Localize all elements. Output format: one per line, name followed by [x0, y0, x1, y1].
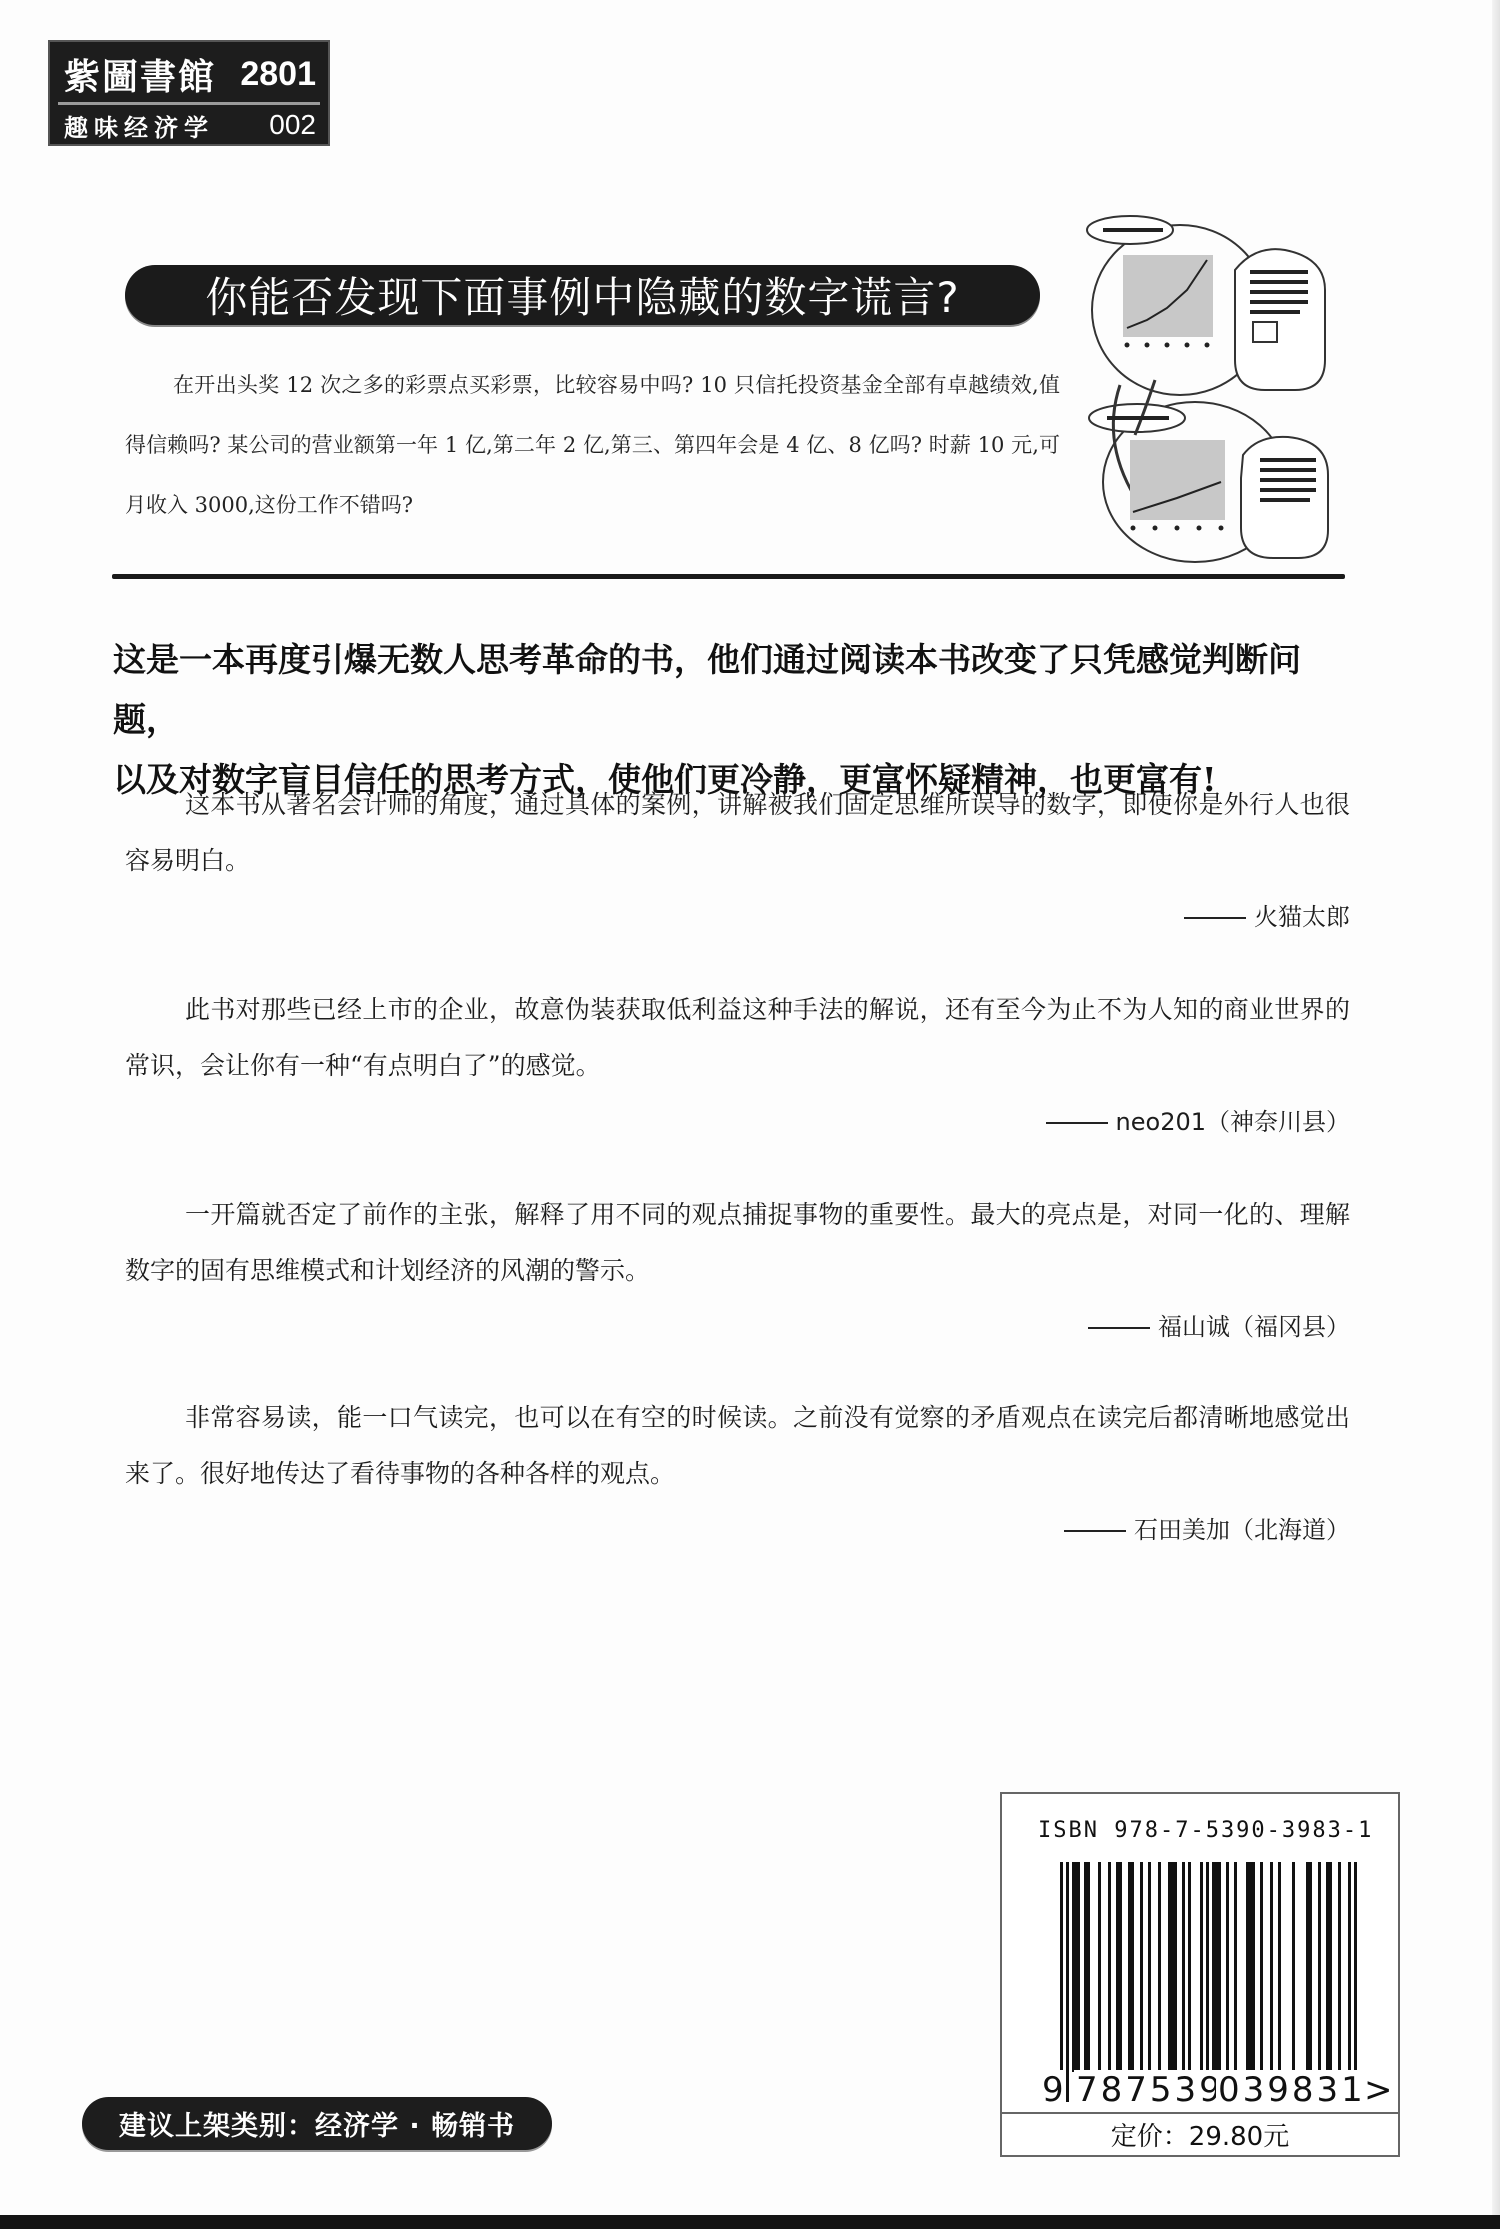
badge-divider [58, 102, 320, 105]
review-author: neo201（神奈川县） [1116, 1108, 1350, 1136]
ean-marker: > [1362, 2070, 1395, 2110]
review-attribution: neo201（神奈川县） [125, 1094, 1350, 1150]
review-author: 福山诚（福冈县） [1158, 1313, 1350, 1341]
review-2: 此书对那些已经上市的企业，故意伪装获取低利益这种手法的解说，还有至今为止不为人知… [125, 982, 1350, 1150]
review-3: 一开篇就否定了前作的主张，解释了用不同的观点捕捉事物的重要性。最大的亮点是，对同… [125, 1187, 1350, 1355]
dash-icon [1046, 1122, 1108, 1124]
subseries-name: 趣味经济学 [64, 108, 214, 143]
page-edge [1492, 0, 1500, 2215]
dash-icon [1064, 1530, 1126, 1532]
isbn-number: ISBN 978-7-5390-3983-1 [1038, 1818, 1373, 1843]
section-divider [112, 574, 1345, 579]
review-attribution: 福山诚（福冈县） [125, 1299, 1350, 1355]
series-name: 紫圖書館 [64, 49, 216, 100]
series-badge: 紫圖書館 2801 趣味经济学 002 [48, 40, 330, 146]
review-1: 这本书从著名会计师的角度，通过具体的案例，讲解被我们固定思维所误导的数字，即使你… [125, 777, 1350, 945]
dash-icon [1088, 1327, 1150, 1329]
review-text: 此书对那些已经上市的企业，故意伪装获取低利益这种手法的解说，还有至今为止不为人知… [125, 982, 1350, 1094]
review-4: 非常容易读，能一口气读完，也可以在有空的时候读。之前没有觉察的矛盾观点在读完后都… [125, 1390, 1350, 1558]
review-author: 石田美加（北海道） [1134, 1516, 1350, 1544]
comic-illustration [1085, 200, 1355, 565]
intro-paragraph: 在开出头奖 12 次之多的彩票点买彩票，比较容易中吗? 10 只信托投资基金全部… [125, 355, 1060, 535]
bottom-edge-strip [0, 2215, 1500, 2229]
intro-text: 在开出头奖 12 次之多的彩票点买彩票，比较容易中吗? 10 只信托投资基金全部… [125, 355, 1060, 535]
review-author: 火猫太郎 [1254, 903, 1350, 931]
price-label: 定价：29.80元 [1002, 2116, 1398, 2152]
price-divider [1002, 2112, 1398, 2114]
headline-line-1: 这是一本再度引爆无数人思考革命的书，他们通过阅读本书改变了只凭感觉判断问题， [113, 630, 1363, 750]
chart-comic-icon [1085, 200, 1355, 565]
question-title-pill: 你能否发现下面事例中隐藏的数字谎言? [125, 265, 1040, 325]
isbn-barcode-box: ISBN 978-7-5390-3983-1 9 787539 039831 >… [1000, 1792, 1400, 2157]
ean-right-group: 039831 [1216, 2070, 1368, 2110]
review-text: 这本书从著名会计师的角度，通过具体的案例，讲解被我们固定思维所误导的数字，即使你… [125, 777, 1350, 889]
review-attribution: 石田美加（北海道） [125, 1502, 1350, 1558]
review-attribution: 火猫太郎 [125, 889, 1350, 945]
review-text: 一开篇就否定了前作的主张，解释了用不同的观点捕捉事物的重要性。最大的亮点是，对同… [125, 1187, 1350, 1299]
shelving-category-pill: 建议上架类别：经济学 · 畅销书 [82, 2097, 552, 2150]
barcode-icon [1060, 1862, 1360, 2102]
review-text: 非常容易读，能一口气读完，也可以在有空的时候读。之前没有觉察的矛盾观点在读完后都… [125, 1390, 1350, 1502]
subseries-number: 002 [269, 109, 316, 141]
ean-left-group: 787539 [1074, 2070, 1226, 2110]
ean-first-digit: 9 [1040, 2070, 1066, 2110]
series-number: 2801 [240, 55, 316, 94]
dash-icon [1184, 917, 1246, 919]
